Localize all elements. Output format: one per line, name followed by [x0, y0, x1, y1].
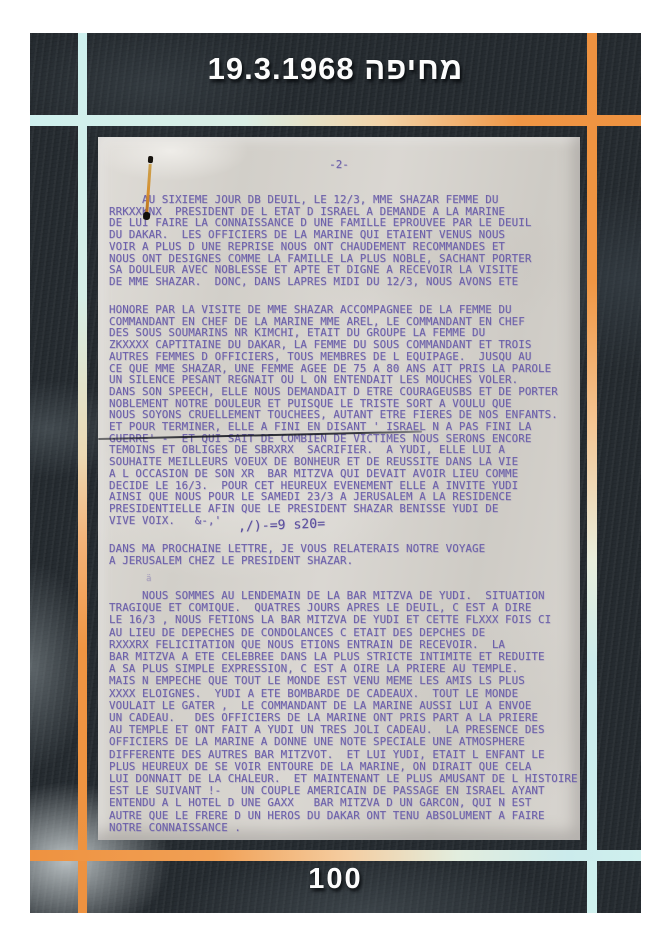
- letter-paragraph-3: DANS MA PROCHAINE LETTRE, JE VOUS RELATE…: [109, 543, 485, 566]
- letter-paragraph-2: HONORE PAR LA VISITE DE MME SHAZAR ACCOM…: [109, 304, 558, 526]
- letter-page: -2- AU SIXIEME JOUR DB DEUIL, LE 12/3, M…: [98, 137, 580, 840]
- crop-line-horizontal-top: [30, 115, 641, 126]
- page-title: מחיפה 19.3.1968: [30, 51, 641, 87]
- letter-paragraph-1: AU SIXIEME JOUR DB DEUIL, LE 12/3, MME S…: [109, 194, 531, 288]
- ink-smudge: ä: [146, 574, 152, 586]
- sheet-number-marker: -2-: [98, 159, 580, 171]
- letter-paragraph-4: NOUS SOMMES AU LENDEMAIN DE LA BAR MITZV…: [109, 590, 578, 834]
- archive-sheet: { "frame": { "title": "מחיפה 19.3.1968",…: [0, 0, 670, 948]
- page-number: 100: [30, 863, 641, 896]
- background-photo: מחיפה 19.3.1968 -2- AU SIXIEME JOUR DB D…: [30, 33, 641, 913]
- crop-line-horizontal-bottom: [30, 850, 641, 861]
- crop-line-vertical-left: [78, 33, 87, 913]
- crop-line-vertical-right: [587, 33, 597, 913]
- handwritten-note: ,/)-=9 s20=: [238, 518, 326, 533]
